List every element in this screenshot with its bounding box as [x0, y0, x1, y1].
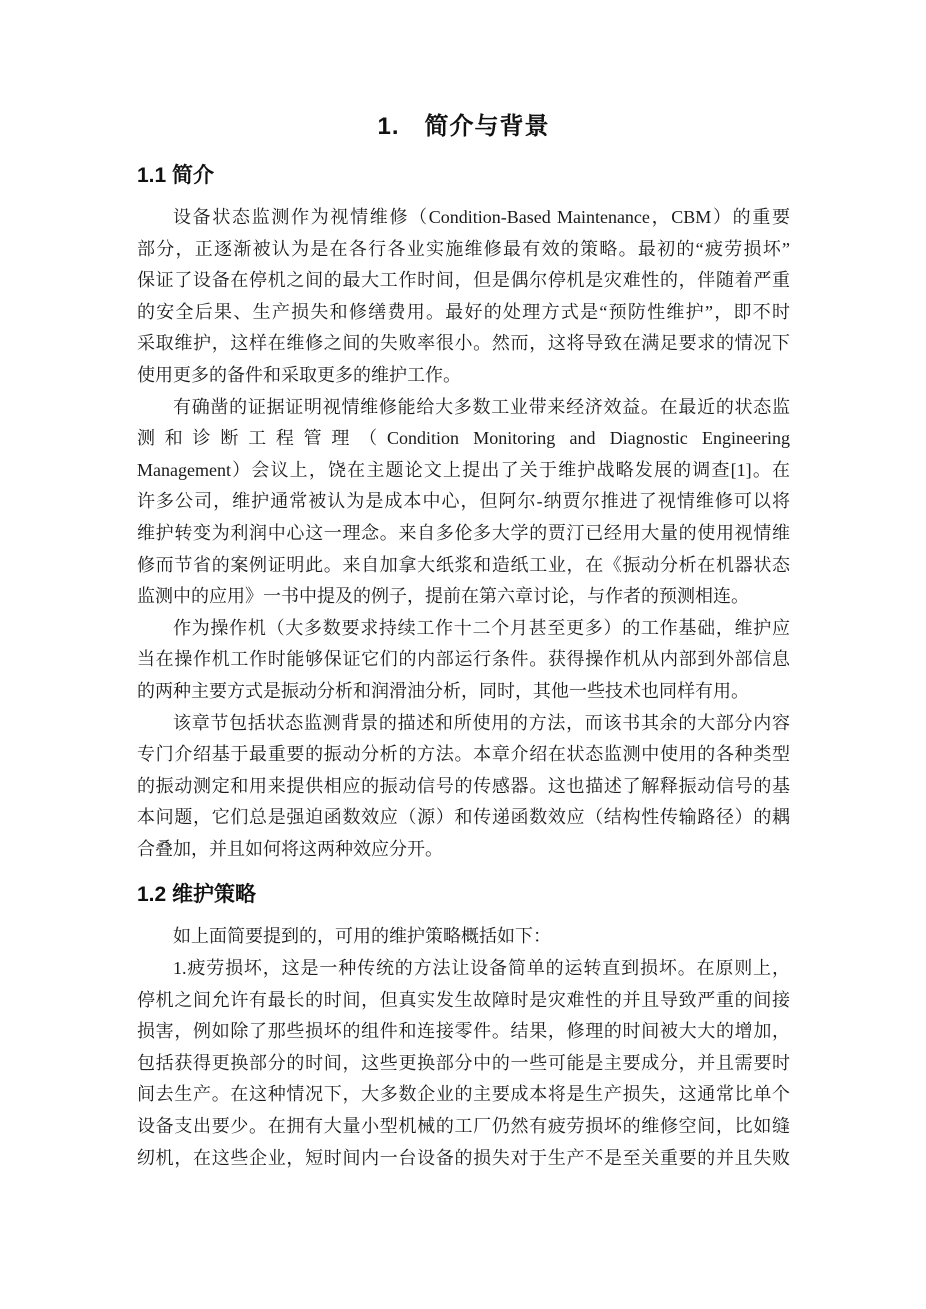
text-line: 有确凿的证据证明视情维修能给大多数工业带来经济效益。在最近的状态监	[137, 392, 790, 424]
text-line: 停机之间允许有最长的时间，但真实发生故障时是灾难性的并且导致严重的间接	[137, 985, 790, 1017]
document-title: 1. 简介与背景	[137, 108, 790, 146]
text-line: 损害，例如除了那些损坏的组件和连接零件。结果，修理的时间被大大的增加，	[137, 1016, 790, 1048]
text-line: 间去生产。在这种情况下，大多数企业的主要成本将是生产损失，这通常比单个	[137, 1079, 790, 1111]
text-line: 测和诊断工程管理（Condition Monitoring and Diagno…	[137, 423, 790, 455]
text-line: 专门介绍基于最重要的振动分析的方法。本章介绍在状态监测中使用的各种类型	[137, 739, 790, 771]
paragraph: 作为操作机（大多数要求持续工作十二个月甚至更多）的工作基础，维护应当在操作机工作…	[137, 613, 790, 708]
text-line: 许多公司，维护通常被认为是成本中心，但阿尔-纳贾尔推进了视情维修可以将	[137, 486, 790, 518]
document-page: 1. 简介与背景 1.1 简介设备状态监测作为视情维修（Condition-Ba…	[0, 0, 926, 1309]
text-line: 的安全后果、生产损失和修缮费用。最好的处理方式是“预防性维护”，即不时	[137, 297, 790, 329]
text-line: 使用更多的备件和采取更多的维护工作。	[137, 360, 790, 392]
text-line: 包括获得更换部分的时间，这些更换部分中的一些可能是主要成分，并且需要时	[137, 1048, 790, 1080]
text-line: 合叠加，并且如何将这两种效应分开。	[137, 834, 790, 866]
text-line: 维护转变为利润中心这一理念。来自多伦多大学的贾汀已经用大量的使用视情维	[137, 518, 790, 550]
text-line: 的两种主要方式是振动分析和润滑油分析，同时，其他一些技术也同样有用。	[137, 676, 790, 708]
paragraph: 1.疲劳损坏，这是一种传统的方法让设备简单的运转直到损坏。在原则上，停机之间允许…	[137, 953, 790, 1174]
text-line: 该章节包括状态监测背景的描述和所使用的方法，而该书其余的大部分内容	[137, 708, 790, 740]
text-line: 1.疲劳损坏，这是一种传统的方法让设备简单的运转直到损坏。在原则上，	[137, 953, 790, 985]
text-line: 设备状态监测作为视情维修（Condition-Based Maintenance…	[137, 202, 790, 234]
text-line: Management）会议上，饶在主题论文上提出了关于维护战略发展的调查[1]。…	[137, 455, 790, 487]
paragraph: 设备状态监测作为视情维修（Condition-Based Maintenance…	[137, 202, 790, 392]
section-heading: 1.2 维护策略	[137, 879, 790, 911]
text-line: 监测中的应用》一书中提及的例子，提前在第六章讨论，与作者的预测相连。	[137, 581, 790, 613]
text-line: 修而节省的案例证明此。来自加拿大纸浆和造纸工业，在《振动分析在机器状态	[137, 550, 790, 582]
paragraph: 有确凿的证据证明视情维修能给大多数工业带来经济效益。在最近的状态监测和诊断工程管…	[137, 392, 790, 613]
text-line: 纫机，在这些企业，短时间内一台设备的损失对于生产不是至关重要的并且失败	[137, 1143, 790, 1175]
paragraph: 如上面简要提到的，可用的维护策略概括如下：	[137, 921, 790, 953]
text-line: 保证了设备在停机之间的最大工作时间，但是偶尔停机是灾难性的，伴随着严重	[137, 265, 790, 297]
text-line: 设备支出要少。在拥有大量小型机械的工厂仍然有疲劳损坏的维修空间，比如缝	[137, 1111, 790, 1143]
paragraph: 该章节包括状态监测背景的描述和所使用的方法，而该书其余的大部分内容专门介绍基于最…	[137, 708, 790, 866]
text-line: 本问题，它们总是强迫函数效应（源）和传递函数效应（结构性传输路径）的耦	[137, 802, 790, 834]
text-line: 作为操作机（大多数要求持续工作十二个月甚至更多）的工作基础，维护应	[137, 613, 790, 645]
text-line: 当在操作机工作时能够保证它们的内部运行条件。获得操作机从内部到外部信息	[137, 644, 790, 676]
text-line: 采取维护，这样在维修之间的失败率很小。然而，这将导致在满足要求的情况下	[137, 328, 790, 360]
text-line: 的振动测定和用来提供相应的振动信号的传感器。这也描述了解释振动信号的基	[137, 771, 790, 803]
text-line: 部分，正逐渐被认为是在各行各业实施维修最有效的策略。最初的“疲劳损坏”	[137, 234, 790, 266]
section-heading: 1.1 简介	[137, 160, 790, 192]
document-body: 1.1 简介设备状态监测作为视情维修（Condition-Based Maint…	[137, 160, 790, 1174]
text-line: 如上面简要提到的，可用的维护策略概括如下：	[137, 921, 790, 953]
